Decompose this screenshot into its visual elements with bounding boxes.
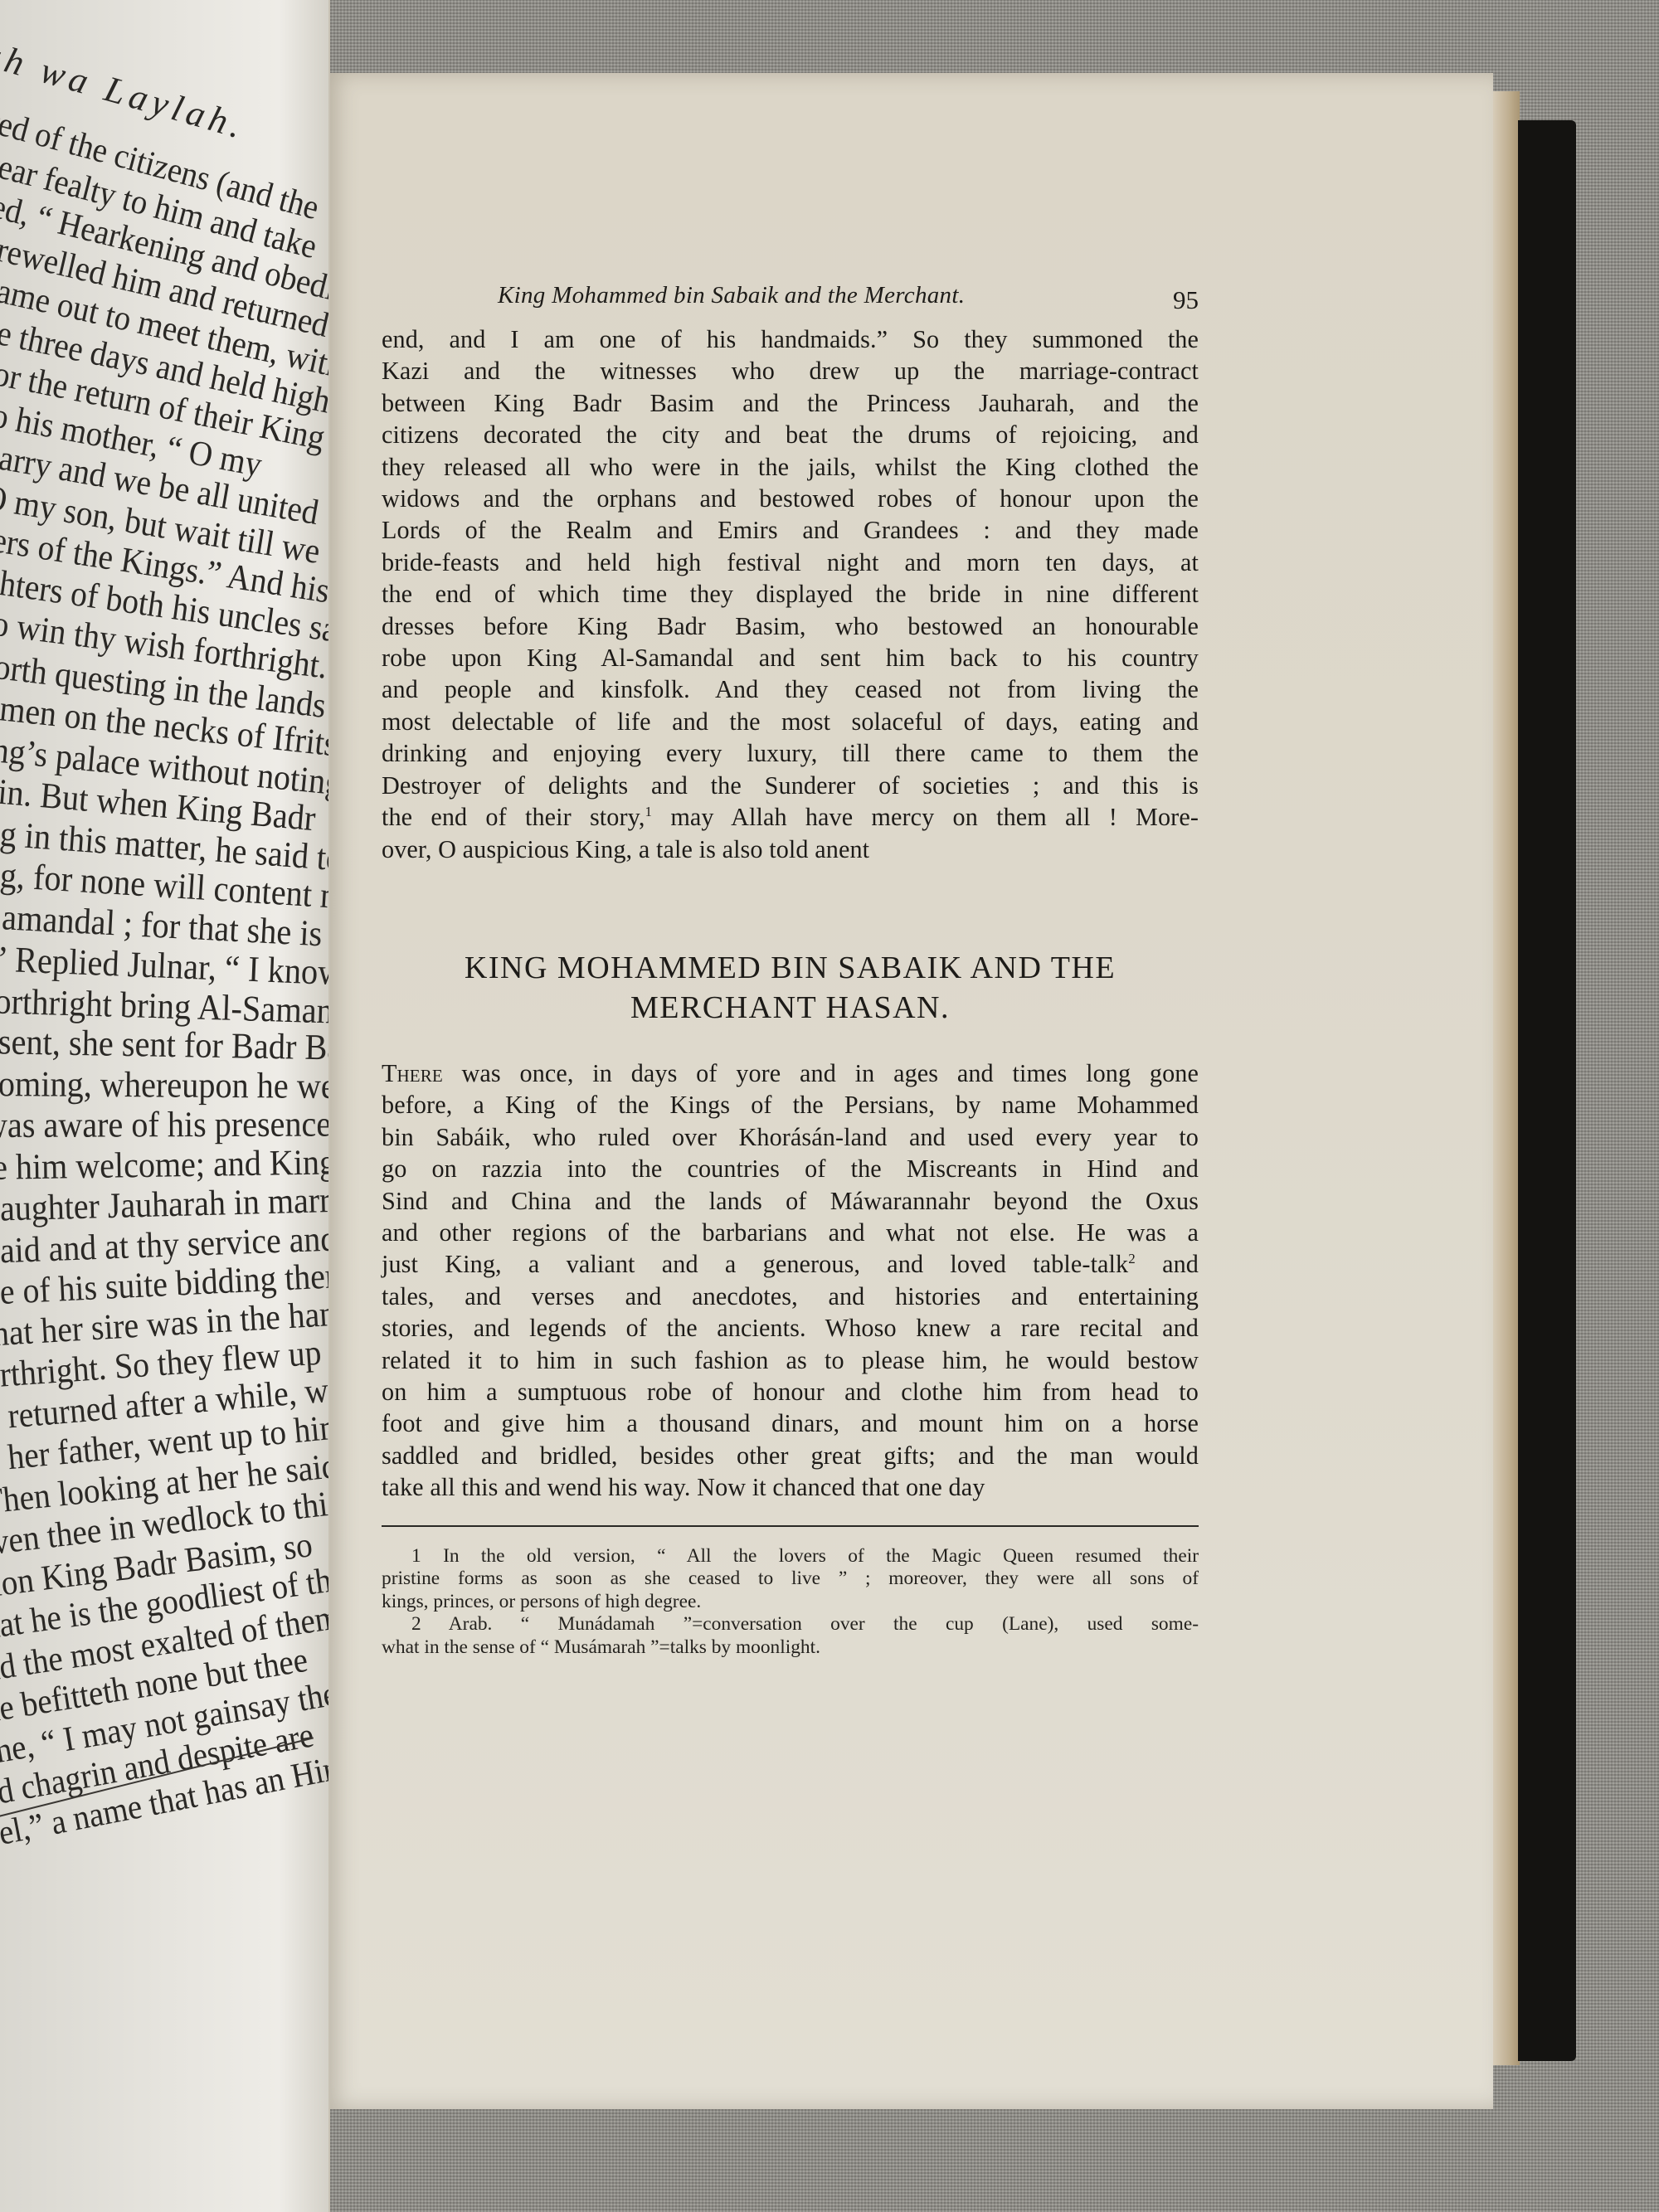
text-line: citizens decorated the city and beat the… <box>382 419 1199 450</box>
text-line: just King, a valiant and a generous, and… <box>382 1248 1199 1280</box>
text-line: Sind and China and the lands of Máwarann… <box>382 1185 1199 1217</box>
text-line: There was once, in days of yore and in a… <box>382 1057 1199 1089</box>
text-line: widows and the orphans and bestowed robe… <box>382 483 1199 514</box>
story-paragraph: There was once, in days of yore and in a… <box>382 1057 1199 1504</box>
text-line: end, and I am one of his handmaids.” So … <box>382 323 1199 355</box>
running-head: King Mohammed bin Sabaik and the Merchan… <box>382 282 1199 323</box>
right-page-content: King Mohammed bin Sabaik and the Merchan… <box>382 282 1199 1659</box>
text-line: over, O auspicious King, a tale is also … <box>382 834 1199 865</box>
text-line: and other regions of the barbarians and … <box>382 1217 1199 1248</box>
text-line: the end of their story,1 may Allah have … <box>382 801 1199 833</box>
left-page-line: was aware of his presence, he <box>0 1103 330 1146</box>
footnote: 1 In the old version, “ All the lovers o… <box>382 1545 1199 1614</box>
text-line: Destroyer of delights and the Sunderer o… <box>382 770 1199 801</box>
drop-word: There <box>382 1059 443 1087</box>
left-page-line: coming, whereupon he went <box>0 1063 330 1107</box>
text-line: tales, and verses and anecdotes, and his… <box>382 1281 1199 1312</box>
text-line: go on razzia into the countries of the M… <box>382 1153 1199 1184</box>
footnote-line: 1 In the old version, “ All the lovers o… <box>382 1545 1199 1568</box>
text-line: take all this and wend his way. Now it c… <box>382 1471 1199 1503</box>
text-line: bride-feasts and held high festival nigh… <box>382 547 1199 578</box>
text-line: bin Sabáik, who ruled over Khorásán-land… <box>382 1121 1199 1153</box>
text-line: saddled and bridled, besides other great… <box>382 1440 1199 1471</box>
page-number: 95 <box>1173 285 1199 315</box>
text-line: drinking and enjoying every luxury, till… <box>382 737 1199 769</box>
text-line: dresses before King Badr Basim, who best… <box>382 610 1199 642</box>
footnote-number: 1 <box>411 1545 443 1567</box>
text-line: on him a sumptuous robe of honour and cl… <box>382 1376 1199 1407</box>
opening-paragraph: end, and I am one of his handmaids.” So … <box>382 323 1199 865</box>
text-line: they released all who were in the jails,… <box>382 451 1199 483</box>
footnote: 2 Arab. “ Munádamah ”=conversation over … <box>382 1613 1199 1659</box>
running-head-title: King Mohammed bin Sabaik and the Merchan… <box>498 282 965 309</box>
text-line: most delectable of life and the most sol… <box>382 706 1199 737</box>
chapter-title: KING MOHAMMED BIN SABAIK AND THE MERCHAN… <box>382 948 1199 1028</box>
text-line: robe upon King Al-Samandal and sent him … <box>382 642 1199 673</box>
left-page: ah wa Laylah.ved of the citizens (and th… <box>0 0 330 2212</box>
book-cover-edge <box>1518 120 1576 2061</box>
chapter-title-line-2: MERCHANT HASAN. <box>630 990 950 1025</box>
footnote-marker: 1 <box>645 804 653 819</box>
footnotes: 1 In the old version, “ All the lovers o… <box>382 1545 1199 1660</box>
footnote-line: 2 Arab. “ Munádamah ”=conversation over … <box>382 1613 1199 1636</box>
text-line: foot and give him a thousand dinars, and… <box>382 1407 1199 1439</box>
text-line: and people and kinsfolk. And they ceased… <box>382 673 1199 705</box>
chapter-title-line-1: KING MOHAMMED BIN SABAIK AND THE <box>465 950 1116 985</box>
text-line: Lords of the Realm and Emirs and Grandee… <box>382 514 1199 546</box>
footnote-line: pristine forms as soon as she ceased to … <box>382 1568 1199 1591</box>
footnote-line: what in the sense of “ Musámarah ”=talks… <box>382 1636 1199 1660</box>
text-line: stories, and legends of the ancients. Wh… <box>382 1312 1199 1344</box>
text-line: between King Badr Basim and the Princess… <box>382 387 1199 419</box>
page-edges <box>1493 91 1520 2065</box>
footnote-marker: 2 <box>1128 1251 1136 1266</box>
text-line: Kazi and the witnesses who drew up the m… <box>382 355 1199 386</box>
text-line: the end of which time they displayed the… <box>382 578 1199 610</box>
text-line: related it to him in such fashion as to … <box>382 1344 1199 1376</box>
text-line: before, a King of the Kings of the Persi… <box>382 1089 1199 1121</box>
left-page-line: esent, she sent for Badr Basim <box>0 1021 330 1070</box>
footnote-divider <box>382 1525 1199 1527</box>
footnote-number: 2 <box>411 1613 449 1635</box>
footnote-line: kings, princes, or persons of high degre… <box>382 1591 1199 1614</box>
